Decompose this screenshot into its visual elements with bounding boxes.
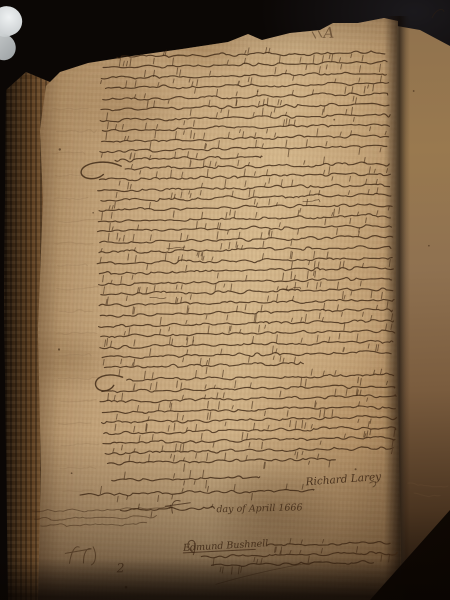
date-text: day of Aprill 1666 (216, 502, 302, 515)
signature-text: Richard Larey (304, 471, 382, 489)
folio-mark: A (321, 24, 334, 42)
bottom-shadow (0, 558, 450, 600)
handwriting-ink-layer: A day of Aprill 1666 Richard Larey Edmun… (0, 0, 450, 600)
manuscript-photograph: A day of Aprill 1666 Richard Larey Edmun… (0, 0, 450, 600)
